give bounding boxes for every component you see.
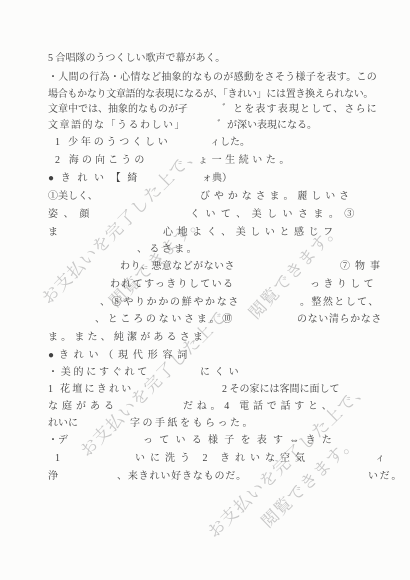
text-segment: 2 その家には客間に面して [222, 383, 340, 396]
text-segment: 姿、顔 [48, 208, 95, 221]
text-segment: ま [48, 226, 58, 239]
text-segment: 。整然として、 [300, 296, 380, 309]
text-line: 姿、顔くいて、美しいさま。③ [0, 208, 410, 221]
text-segment: くいて、美しいさま。③ [190, 208, 360, 221]
text-segment: のない清らかなさ [297, 313, 382, 326]
text-segment: ゛が深い表現になる。 [217, 119, 317, 132]
text-line: 1 花壇にきれい2 その家には客間に面して [0, 383, 410, 396]
text-line: 2 海の向こうのょ一生続いた。 [0, 154, 410, 167]
text-line: ・美的にすぐれてにくい [0, 366, 410, 379]
text-segment: ま。また、純潔があるさま [48, 331, 206, 344]
text-segment: わり、悪意などがないさ [120, 260, 235, 273]
text-segment: 心地よく、美しいと感じフ [163, 226, 338, 239]
text-segment: 、来きれい好きなものだ。 [117, 470, 247, 483]
text-segment: 場合もかなり文章語的な表現になるが、「きれい」には置き換えられない。 [48, 88, 373, 101]
text-segment: ●きれい（現代形容詞 [48, 349, 192, 362]
text-segment: 字の手紙をもらった。 [130, 417, 255, 430]
text-segment: 、⑧やりかかの鮮やかなさ [100, 296, 240, 309]
text-line: れいに字の手紙をもらった。 [0, 417, 410, 430]
text-line: ・人間の行為・心情など抽象的なものが感動をさそう様子を表す。この [0, 71, 410, 84]
text-segment: 文章語的な「うるわしい」 [48, 119, 186, 132]
text-segment: 1 [55, 452, 60, 465]
text-line: われてすっきりしているっきりして [0, 278, 410, 291]
text-line: わり、悪意などがないさ⑦物事 [0, 260, 410, 273]
text-segment: われてすっきりしている [110, 278, 234, 291]
text-segment: 浄 [48, 470, 58, 483]
document-text: 5 合唱隊のうつくしい歌声で幕があく。・人間の行為・心情など抽象的なものが感動を… [0, 0, 410, 580]
text-segment: ィ [375, 452, 385, 465]
text-line: 場合もかなり文章語的な表現になるが、「きれい」には置き換えられない。 [0, 88, 410, 101]
text-segment: っきりして [310, 278, 377, 291]
text-line: 、ところのないさま。⑩のない清らかなさ [0, 313, 410, 326]
text-line: 文章中では、抽象的なものが孑゛とを表す表現として、さらに [0, 103, 410, 116]
text-segment: ォ典） [202, 172, 232, 185]
text-segment: 、ところのないさま。⑩ [95, 313, 235, 326]
text-line: ま心地よく、美しいと感じフ [0, 226, 410, 239]
document-page: お支払いを完了した上で、閲覧できます。閲覧できます。お支払いを完了した上で、お支… [0, 0, 410, 580]
text-segment: ょ一生続いた。 [198, 154, 293, 167]
text-line: 浄、来きれい好きなものだ。いだ。 [0, 470, 410, 483]
text-segment: ①美しく、 [48, 190, 98, 203]
text-segment: ・デ [48, 434, 68, 447]
text-line: ①美しく、びやかなさま。麗しいさ [0, 190, 410, 203]
text-segment: びやかなさま。麗しいさ [200, 190, 353, 203]
text-segment: 1 少年のうつくしい [55, 136, 171, 149]
text-line: ・デっている様子を表す⇔きた [0, 434, 410, 447]
text-segment: ゛とを表す表現として、さらに [222, 103, 378, 116]
text-segment: ィした。 [210, 136, 250, 149]
text-segment: 文章中では、抽象的なものが孑 [48, 103, 188, 116]
text-segment: ⑦物事 [340, 260, 385, 273]
text-line: 文章語的な「うるわしい」゛が深い表現になる。 [0, 119, 410, 132]
text-segment: っている様子を表す⇔きた [143, 434, 338, 447]
text-segment: ・美的にすぐれて [48, 366, 150, 379]
text-segment: いに洗う 2 きれいな空気 [135, 452, 310, 465]
text-line: 1いに洗う 2 きれいな空気ィ [0, 452, 410, 465]
text-line: ま。また、純潔があるさま [0, 331, 410, 344]
text-segment: れいに [48, 417, 78, 430]
text-line: 、⑧やりかかの鮮やかなさ。整然として、 [0, 296, 410, 309]
text-segment: だね。4 電話で話すと、 [183, 400, 336, 413]
text-segment: な庭がある [48, 400, 118, 413]
text-segment: ●きれい【綺 [48, 172, 144, 185]
text-segment: 1 花壇にきれい [48, 383, 134, 396]
text-segment: 2 海の向こうの [55, 154, 148, 167]
text-segment: 、るさま。 [137, 243, 199, 256]
text-line: 、るさま。 [0, 243, 410, 256]
text-segment: いだ。 [368, 470, 403, 483]
text-segment: 5 合唱隊のうつくしい歌声で幕があく。 [48, 52, 225, 65]
text-segment: ・人間の行為・心情など抽象的なものが感動をさそう様子を表す。この [48, 71, 377, 84]
text-line: 5 合唱隊のうつくしい歌声で幕があく。 [0, 52, 410, 65]
text-line: ●きれい（現代形容詞 [0, 349, 410, 362]
text-line: ●きれい【綺ォ典） [0, 172, 410, 185]
text-line: 1 少年のうつくしいィした。 [0, 136, 410, 149]
text-line: な庭があるだね。4 電話で話すと、 [0, 400, 410, 413]
text-segment: にくい [200, 366, 243, 379]
